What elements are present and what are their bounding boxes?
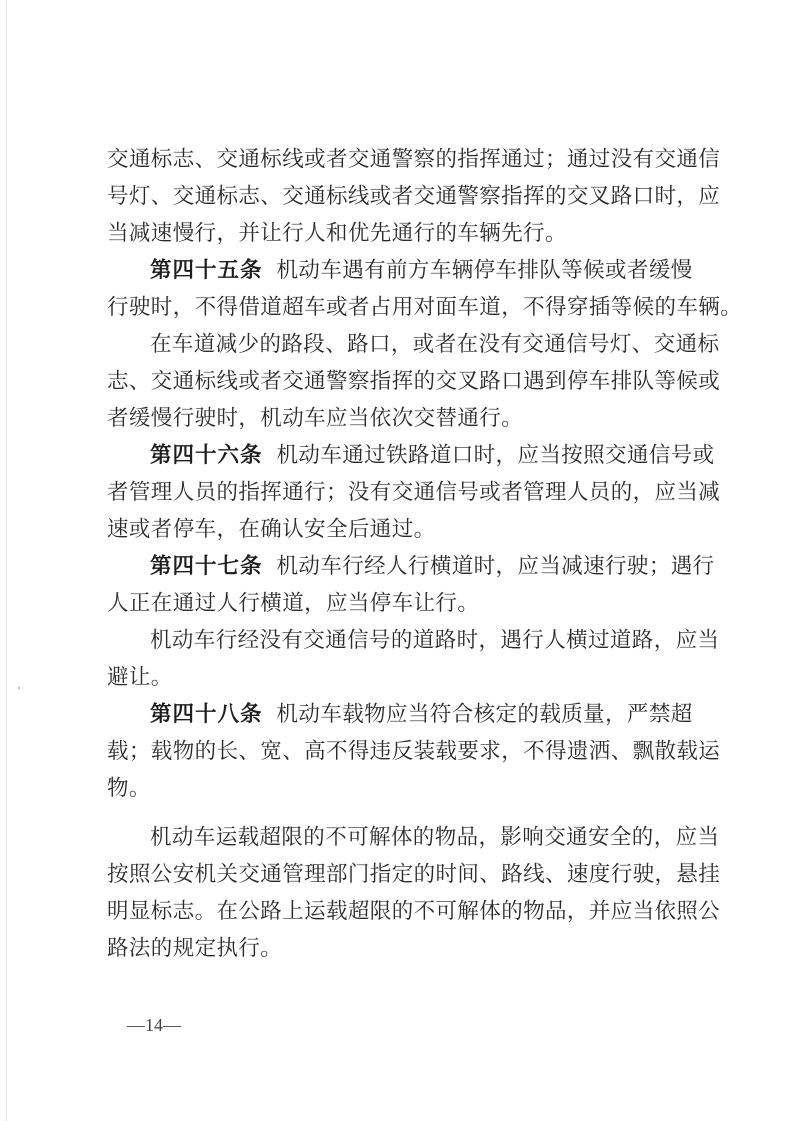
article-text: 机动车遇有前方车辆停车排队等候或者缓慢 bbox=[277, 258, 693, 283]
text-line: 机动车运载超限的不可解体的物品，影响交通安全的，应当 bbox=[107, 819, 691, 856]
text-line: 按照公安机关交通管理部门指定的时间、路线、速度行驶，悬挂 bbox=[107, 856, 691, 893]
text-line: 交通标志、交通标线或者交通警察的指挥通过；通过没有交通信 bbox=[107, 141, 691, 178]
article-47-line: 第四十七条机动车行经人行横道时，应当减速行驶；遇行 bbox=[107, 548, 691, 585]
article-text: 机动车行经人行横道时，应当减速行驶；遇行 bbox=[277, 554, 715, 579]
text-line: 载；载物的长、宽、高不得违反装载要求，不得遗洒、飘散载运 bbox=[107, 733, 691, 770]
page-edge bbox=[6, 0, 7, 1121]
article-48-line: 第四十八条机动车载物应当符合核定的载质量，严禁超 bbox=[107, 696, 691, 733]
text-line: 避让。 bbox=[107, 659, 691, 696]
text-line: 号灯、交通标志、交通标线或者交通警察指挥的交叉路口时，应 bbox=[107, 178, 691, 215]
text-line: 人正在通过人行横道，应当停车让行。 bbox=[107, 585, 691, 622]
text-line: 物。 bbox=[107, 770, 691, 807]
article-heading: 第四十七条 bbox=[150, 554, 263, 579]
article-text: 机动车通过铁路道口时，应当按照交通信号或 bbox=[277, 443, 715, 468]
paragraph-spacer bbox=[107, 807, 691, 819]
article-heading: 第四十六条 bbox=[150, 443, 263, 468]
text-line: 行驶时，不得借道超车或者占用对面车道，不得穿插等候的车辆。 bbox=[107, 289, 691, 326]
text-line: 志、交通标线或者交通警察指挥的交叉路口遇到停车排队等候或 bbox=[107, 363, 691, 400]
text-line: 者缓慢行驶时，机动车应当依次交替通行。 bbox=[107, 400, 691, 437]
text-line: 路法的规定执行。 bbox=[107, 930, 691, 967]
article-heading: 第四十五条 bbox=[150, 258, 263, 283]
text-line: 在车道减少的路段、路口，或者在没有交通信号灯、交通标 bbox=[107, 326, 691, 363]
text-line: 明显标志。在公路上运载超限的不可解体的物品，并应当依照公 bbox=[107, 893, 691, 930]
article-heading: 第四十八条 bbox=[150, 702, 263, 727]
article-46-line: 第四十六条机动车通过铁路道口时，应当按照交通信号或 bbox=[107, 437, 691, 474]
text-line: 速或者停车，在确认安全后通过。 bbox=[107, 511, 691, 548]
text-line: 机动车行经没有交通信号的道路时，遇行人横过道路，应当 bbox=[107, 622, 691, 659]
article-text: 机动车载物应当符合核定的载质量，严禁超 bbox=[277, 702, 693, 727]
page-number: —14— bbox=[127, 1015, 181, 1036]
text-line: 当减速慢行，并让行人和优先通行的车辆先行。 bbox=[107, 215, 691, 252]
scan-speck bbox=[18, 687, 20, 689]
document-body: 交通标志、交通标线或者交通警察的指挥通过；通过没有交通信 号灯、交通标志、交通标… bbox=[107, 141, 691, 967]
article-45-line: 第四十五条机动车遇有前方车辆停车排队等候或者缓慢 bbox=[107, 252, 691, 289]
text-line: 者管理人员的指挥通行；没有交通信号或者管理人员的，应当减 bbox=[107, 474, 691, 511]
